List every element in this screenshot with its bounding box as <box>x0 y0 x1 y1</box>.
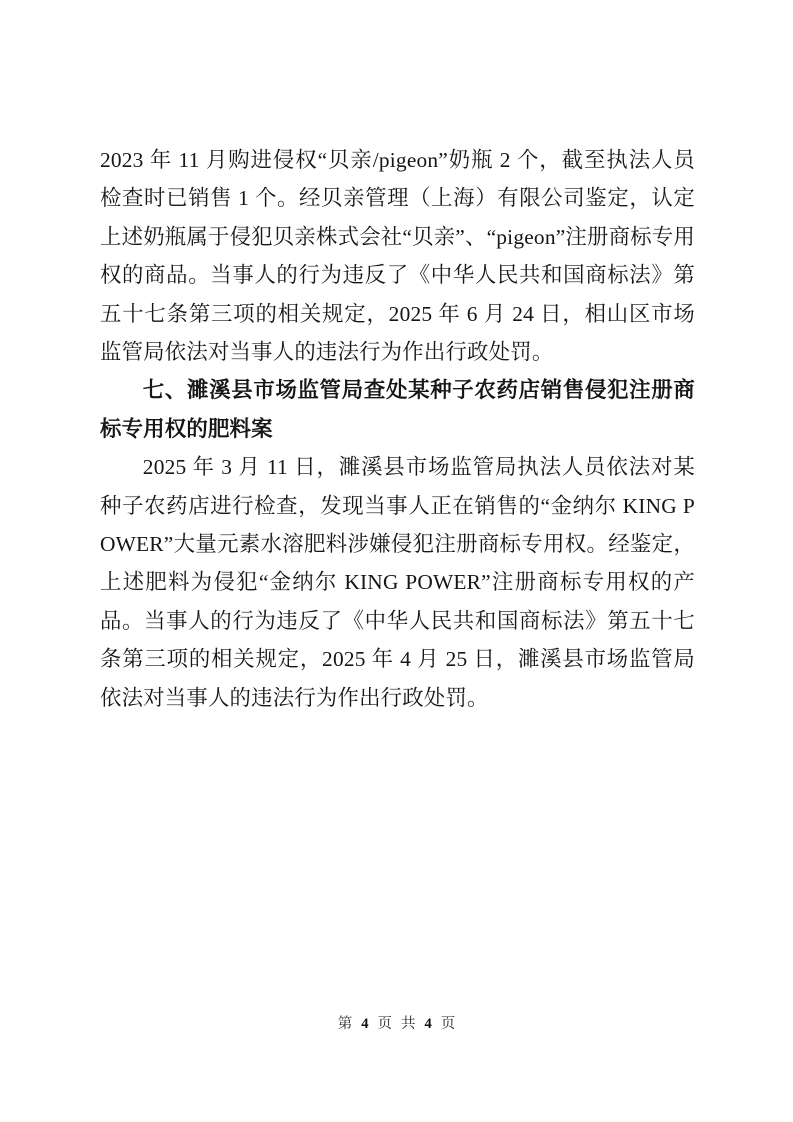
section-heading-case-seven: 七、濉溪县市场监管局查处某种子农药店销售侵犯注册商标专用权的肥料案 <box>100 371 695 448</box>
document-body: 2023 年 11 月购进侵权“贝亲/pigeon”奶瓶 2 个，截至执法人员检… <box>100 141 695 717</box>
footer-current-page-number: 4 <box>361 1014 368 1034</box>
page-footer: 第 4 页 共 4 页 <box>0 1014 793 1034</box>
footer-label-di: 第 <box>338 1014 353 1034</box>
footer-label-ye-2: 页 <box>441 1014 456 1034</box>
footer-label-gong: 共 <box>401 1014 416 1034</box>
footer-total-pages-number: 4 <box>425 1014 432 1034</box>
paragraph-continuation-case-six: 2023 年 11 月购进侵权“贝亲/pigeon”奶瓶 2 个，截至执法人员检… <box>100 141 695 371</box>
footer-label-ye-1: 页 <box>378 1014 393 1034</box>
paragraph-case-seven-details: 2025 年 3 月 11 日，濉溪县市场监管局执法人员依法对某种子农药店进行检… <box>100 448 695 717</box>
document-page: 2023 年 11 月购进侵权“贝亲/pigeon”奶瓶 2 个，截至执法人员检… <box>0 0 793 1122</box>
